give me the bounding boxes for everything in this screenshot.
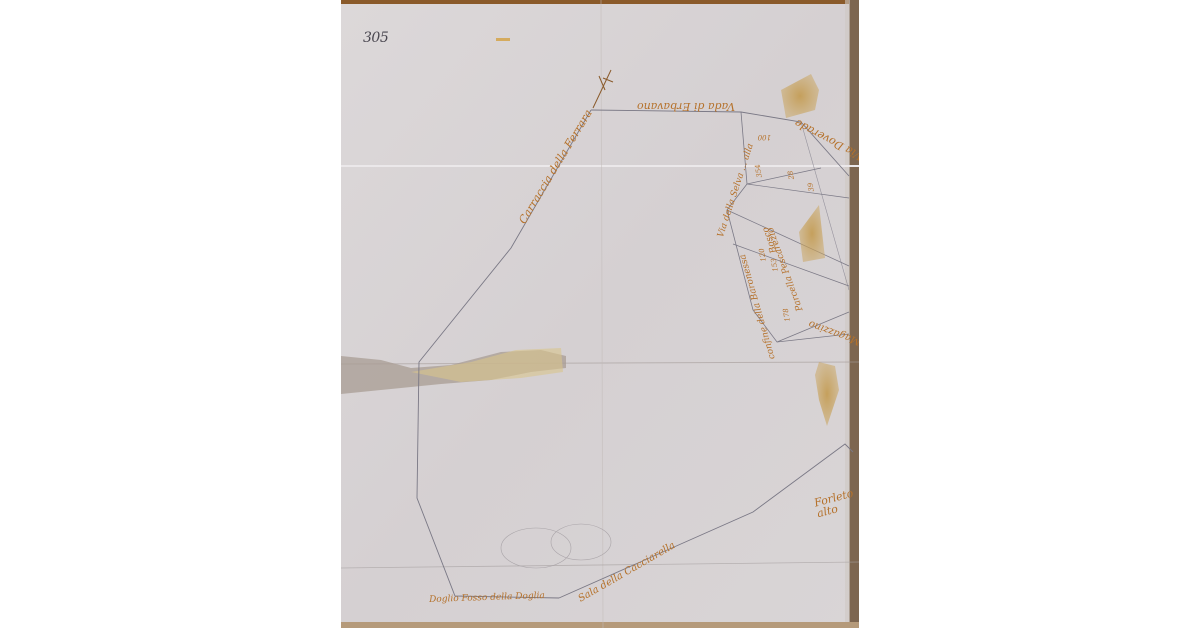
parcel-number: 28 — [787, 170, 795, 180]
map-drawing — [341, 0, 859, 628]
folio-number: 305 — [363, 30, 388, 46]
map-sheet: 305 Carraccia della Ferrara Vada di Erba… — [341, 0, 859, 628]
map-label: Vada di Erbavano — [637, 101, 735, 112]
parcel-number: 39 — [807, 182, 815, 192]
image-viewer: 305 Carraccia della Ferrara Vada di Erba… — [0, 0, 1200, 628]
paper-edge-right — [849, 0, 859, 628]
paper-edge-top — [341, 0, 859, 4]
parcel-number: 100 — [758, 133, 771, 140]
